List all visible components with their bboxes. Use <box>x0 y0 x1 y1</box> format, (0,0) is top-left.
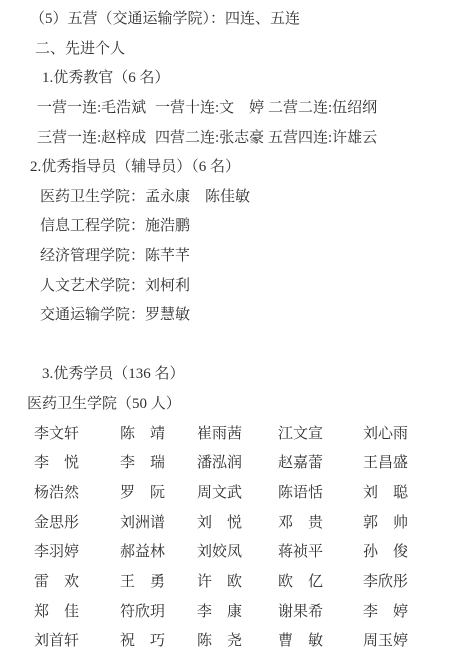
student-name: 刘首轩 <box>34 629 120 650</box>
student-name: 刘姣凤 <box>197 540 278 561</box>
student-name: 邓 贵 <box>278 511 363 532</box>
heading-outstanding-students: 3.优秀学员（136 名） <box>42 358 457 388</box>
student-name: 郑 佳 <box>34 600 120 621</box>
student-name: 李 瑞 <box>120 451 197 472</box>
student-name: 李欣彤 <box>363 570 457 591</box>
student-name: 江文宣 <box>278 422 363 443</box>
student-name: 李羽婷 <box>34 540 120 561</box>
student-name: 雷 欢 <box>34 570 120 591</box>
student-name: 崔雨茜 <box>197 422 278 443</box>
student-name: 金思彤 <box>34 511 120 532</box>
student-name: 刘 悦 <box>197 511 278 532</box>
student-name: 符欣玥 <box>120 600 197 621</box>
coach-entry: 四营二连:张志豪 <box>155 126 268 147</box>
student-name: 李 婷 <box>363 600 457 621</box>
student-name: 祝 巧 <box>120 629 197 650</box>
student-name: 杨浩然 <box>34 481 120 502</box>
coach-entry: 五营四连:许雄云 <box>268 126 457 147</box>
student-name: 周玉婷 <box>363 629 457 650</box>
student-name: 潘泓润 <box>197 451 278 472</box>
student-name: 欧 亿 <box>278 570 363 591</box>
counselor-line-transportation: 交通运输学院：罗慧敏 <box>40 299 457 329</box>
student-name-row: 杨浩然 罗 阮 周文武 陈语恬 刘 聪 <box>34 477 457 507</box>
student-name: 许 欧 <box>197 570 278 591</box>
student-name: 刘心雨 <box>363 422 457 443</box>
coach-row: 一营一连:毛浩斌 一营十连:文 婷 二营二连:伍绍纲 <box>37 92 457 122</box>
counselor-line-humanities: 人文艺术学院：刘柯利 <box>40 269 457 299</box>
coach-entry: 三营一连:赵梓成 <box>37 126 155 147</box>
heading-outstanding-coaches: 1.优秀教官（6 名） <box>42 62 457 92</box>
student-name: 谢果希 <box>278 600 363 621</box>
heading-outstanding-counselors: 2.优秀指导员（辅导员）（6 名） <box>30 151 457 181</box>
counselor-line-medical: 医药卫生学院：孟永康 陈佳敏 <box>40 181 457 211</box>
student-name: 曹 敏 <box>278 629 363 650</box>
battalion-assignment-line: （5）五营（交通运输学院）：四连、五连 <box>30 3 457 33</box>
student-name-row: 刘首轩 祝 巧 陈 尧 曹 敏 周玉婷 <box>34 625 457 655</box>
student-name-row: 李文轩 陈 靖 崔雨茜 江文宣 刘心雨 <box>34 417 457 447</box>
student-name-row: 雷 欢 王 勇 许 欧 欧 亿 李欣彤 <box>34 566 457 596</box>
student-name: 孙 俊 <box>363 540 457 561</box>
student-name: 陈 尧 <box>197 629 278 650</box>
coach-entry: 一营十连:文 婷 <box>155 96 268 117</box>
student-name: 李 康 <box>197 600 278 621</box>
student-name: 王 勇 <box>120 570 197 591</box>
group-heading-medical-college: 医药卫生学院（50 人） <box>27 388 457 418</box>
student-name: 郭 帅 <box>363 511 457 532</box>
student-name: 李文轩 <box>34 422 120 443</box>
blank-line <box>0 329 457 359</box>
coach-entry: 一营一连:毛浩斌 <box>37 96 155 117</box>
student-name-row: 郑 佳 符欣玥 李 康 谢果希 李 婷 <box>34 595 457 625</box>
heading-advanced-individuals: 二、先进个人 <box>35 33 457 63</box>
student-name: 王昌盛 <box>363 451 457 472</box>
student-name-row: 金思彤 刘洲谱 刘 悦 邓 贵 郭 帅 <box>34 506 457 536</box>
coach-row: 三营一连:赵梓成 四营二连:张志豪 五营四连:许雄云 <box>37 121 457 151</box>
student-name-table: 李文轩 陈 靖 崔雨茜 江文宣 刘心雨 李 悦 李 瑞 潘泓润 赵嘉蕾 王昌盛 … <box>0 417 457 655</box>
student-name: 李 悦 <box>34 451 120 472</box>
counselor-line-information: 信息工程学院：施浩鹏 <box>40 210 457 240</box>
counselor-line-economics: 经济管理学院：陈芊芊 <box>40 240 457 270</box>
student-name: 刘 聪 <box>363 481 457 502</box>
coach-entry: 二营二连:伍绍纲 <box>268 96 457 117</box>
student-name: 赵嘉蕾 <box>278 451 363 472</box>
student-name: 周文武 <box>197 481 278 502</box>
student-name: 陈 靖 <box>120 422 197 443</box>
document-page: （5）五营（交通运输学院）：四连、五连 二、先进个人 1.优秀教官（6 名） 一… <box>0 0 457 655</box>
student-name: 刘洲谱 <box>120 511 197 532</box>
student-name: 陈语恬 <box>278 481 363 502</box>
student-name-row: 李 悦 李 瑞 潘泓润 赵嘉蕾 王昌盛 <box>34 447 457 477</box>
student-name-row: 李羽婷 郝益林 刘姣凤 蒋祯平 孙 俊 <box>34 536 457 566</box>
student-name: 蒋祯平 <box>278 540 363 561</box>
student-name: 郝益林 <box>120 540 197 561</box>
student-name: 罗 阮 <box>120 481 197 502</box>
